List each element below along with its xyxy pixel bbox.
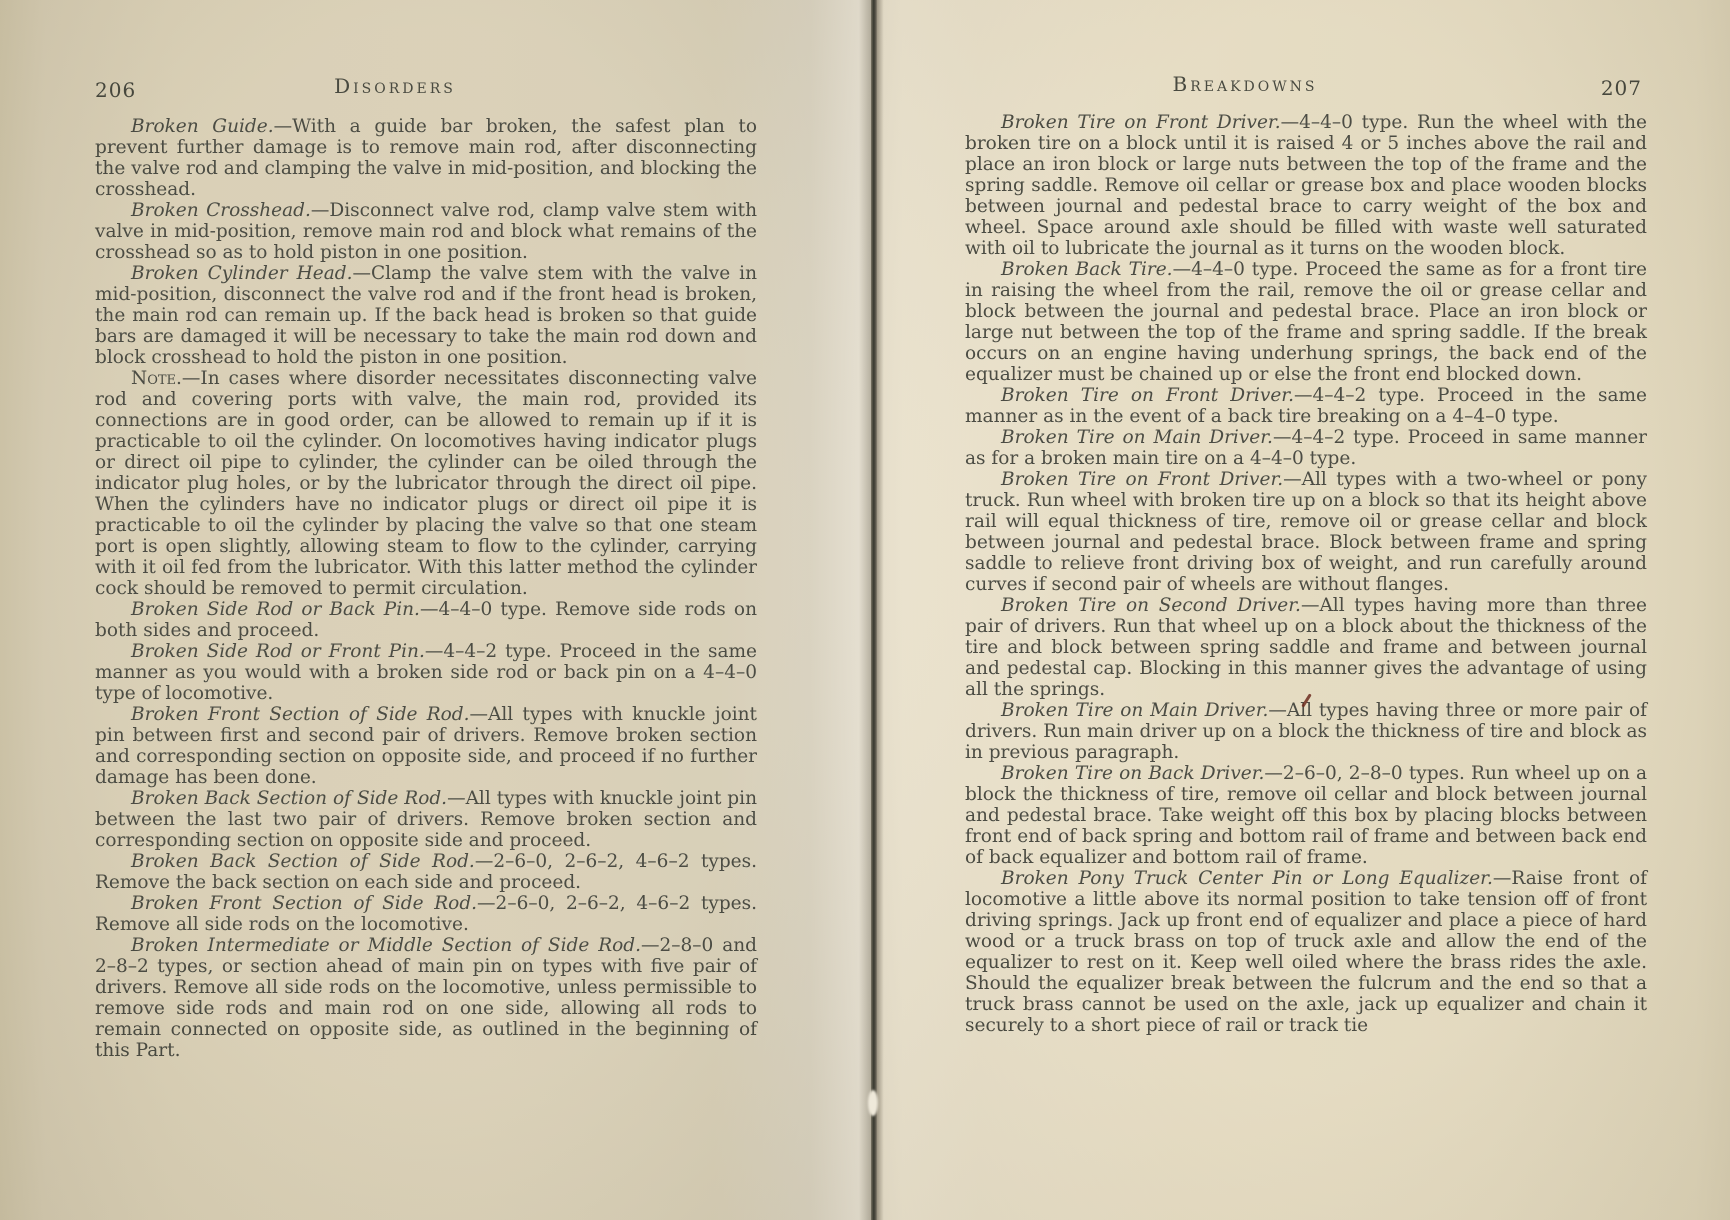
running-head-right: Breakdowns [965, 72, 1525, 96]
paragraph-lead: Broken Tire on Front Driver. [1001, 112, 1281, 133]
paragraph: Broken Tire on Front Driver.—All types w… [965, 469, 1647, 595]
paragraph: Broken Back Tire.—4–4–0 type. Proceed th… [965, 259, 1647, 385]
page-left: 206 Disorders Broken Guide.—With a guide… [0, 0, 871, 1220]
paragraph-lead: Broken Side Rod or Front Pin. [131, 641, 425, 662]
paragraph-lead: Broken Back Tire. [1001, 259, 1173, 280]
paragraph: Broken Front Section of Side Rod.—2–6–0,… [95, 893, 757, 935]
paragraph-lead: Broken Cylinder Head. [131, 263, 352, 284]
page-right: Breakdowns 207 Broken Tire on Front Driv… [877, 0, 1730, 1220]
paragraph-lead: Broken Tire on Main Driver. [1001, 700, 1268, 721]
paragraph-lead: Broken Back Section of Side Rod. [131, 851, 475, 872]
paragraph-lead: Broken Side Rod or Back Pin. [131, 599, 420, 620]
binding-highlight [868, 1090, 878, 1116]
paragraph: Broken Tire on Main Driver.—4–4–2 type. … [965, 427, 1647, 469]
book-spread: 206 Disorders Broken Guide.—With a guide… [0, 0, 1730, 1220]
paragraph: Broken Front Section of Side Rod.—All ty… [95, 704, 757, 788]
paragraph-lead: Broken Front Section of Side Rod. [131, 893, 477, 914]
page-text-left: Broken Guide.—With a guide bar broken, t… [95, 116, 757, 1061]
binding-gutter [871, 0, 877, 1220]
paragraph-lead: Broken Pony Truck Center Pin or Long Equ… [1001, 868, 1493, 889]
paragraph: Broken Tire on Main Driver.—All types ha… [965, 700, 1647, 763]
paragraph: Broken Tire on Front Driver.—4–4–0 type.… [965, 112, 1647, 259]
paragraph: Broken Intermediate or Middle Section of… [95, 935, 757, 1061]
paragraph-lead: Broken Tire on Second Driver. [1001, 595, 1301, 616]
paragraph-lead: Broken Front Section of Side Rod. [131, 704, 470, 725]
running-head-left: Disorders [95, 74, 695, 98]
paragraph: Broken Cylinder Head.—Clamp the valve st… [95, 263, 757, 368]
paragraph: Broken Crosshead.—Disconnect valve rod, … [95, 200, 757, 263]
paragraph-lead: Broken Back Section of Side Rod. [131, 788, 447, 809]
paragraph-lead: Broken Crosshead. [131, 200, 311, 221]
paragraph: Note.—In cases where disorder necessitat… [95, 368, 757, 599]
paragraph-lead: Broken Guide. [131, 116, 274, 137]
paragraph-lead: Broken Tire on Front Driver. [1001, 469, 1283, 490]
paragraph-lead: Broken Tire on Main Driver. [1001, 427, 1273, 448]
paragraph-lead: Broken Tire on Back Driver. [1001, 763, 1264, 784]
paragraph: Broken Tire on Second Driver.—All types … [965, 595, 1647, 700]
paragraph: Broken Guide.—With a guide bar broken, t… [95, 116, 757, 200]
paragraph: Broken Tire on Front Driver.—4–4–2 type.… [965, 385, 1647, 427]
paragraph: Broken Tire on Back Driver.—2–6–0, 2–8–0… [965, 763, 1647, 868]
paragraph: Broken Side Rod or Front Pin.—4–4–2 type… [95, 641, 757, 704]
paragraph: Broken Back Section of Side Rod.—All typ… [95, 788, 757, 851]
paragraph-lead: Note. [131, 368, 182, 389]
paragraph-lead: Broken Tire on Front Driver. [1001, 385, 1294, 406]
paragraph-lead: Broken Intermediate or Middle Section of… [131, 935, 641, 956]
paragraph: Broken Side Rod or Back Pin.—4–4–0 type.… [95, 599, 757, 641]
paragraph: Broken Back Section of Side Rod.—2–6–0, … [95, 851, 757, 893]
page-number-right: 207 [1601, 76, 1642, 100]
paragraph: Broken Pony Truck Center Pin or Long Equ… [965, 868, 1647, 1036]
page-text-right: Broken Tire on Front Driver.—4–4–0 type.… [965, 112, 1647, 1036]
